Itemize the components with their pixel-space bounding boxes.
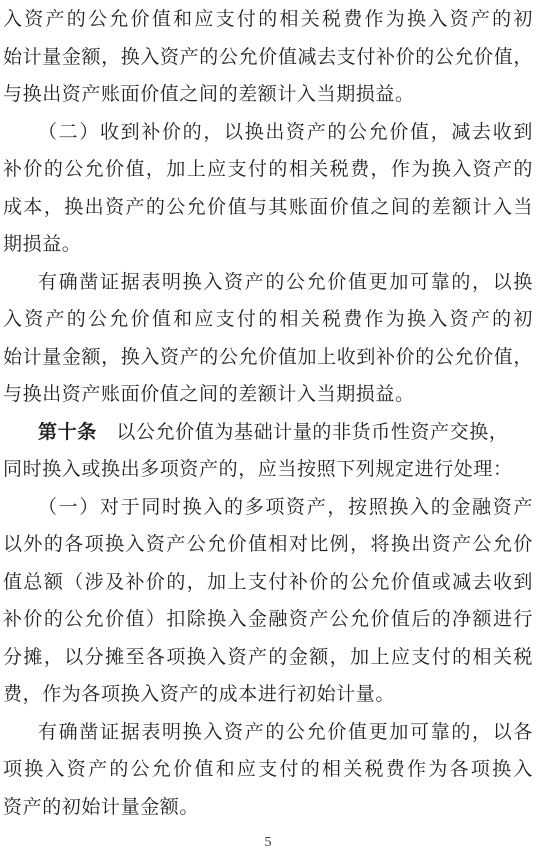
document-page: 入资产的公允价值和应支付的相关税费作为换入资产的初始计量金额，换入资产的公允价值… <box>0 0 550 865</box>
text-line: 始计量金额，换入资产的公允价值减去支付补价的公允价值， <box>3 39 533 77</box>
text-line: 与换出资产账面价值之间的差额计入当期损益。 <box>3 76 533 114</box>
text-line: （二）收到补价的，以换出资产的公允价值，减去收到 <box>3 114 533 152</box>
text-line: 有确凿证据表明换入资产的公允价值更加可靠的，以各 <box>3 714 533 752</box>
text-line: 分摊，以分摊至各项换入资产的金额，加上应支付的相关税 <box>3 639 533 677</box>
text-line: 费，作为各项换入资产的成本进行初始计量。 <box>3 676 533 714</box>
text-line: 成本，换出资产的公允价值与其账面价值之间的差额计入当 <box>3 189 533 227</box>
article-number: 第十条 <box>38 422 97 443</box>
text-line: 入资产的公允价值和应支付的相关税费作为换入资产的初 <box>3 1 533 39</box>
text-line: 补价的公允价值）扣除换入金融资产公允价值后的净额进行 <box>3 601 533 639</box>
text-line: 始计量金额，换入资产的公允价值加上收到补价的公允价值， <box>3 339 533 377</box>
text-line: 项换入资产的公允价值和应支付的相关税费作为各项换入 <box>3 751 533 789</box>
text-line: 第十条 以公允价值为基础计量的非货币性资产交换， <box>3 414 533 452</box>
text-line: 补价的公允价值，加上应支付的相关税费，作为换入资产的 <box>3 151 533 189</box>
text-line: 资产的初始计量金额。 <box>3 789 533 827</box>
text-line: 有确凿证据表明换入资产的公允价值更加可靠的，以换 <box>3 264 533 302</box>
text-line: 与换出资产账面价值之间的差额计入当期损益。 <box>3 376 533 414</box>
text-line: 期损益。 <box>3 226 533 264</box>
text-line: 入资产的公允价值和应支付的相关税费作为换入资产的初 <box>3 301 533 339</box>
text-line: （一）对于同时换入的多项资产，按照换入的金融资产 <box>3 489 533 527</box>
page-number: 5 <box>3 826 533 859</box>
text-line: 以外的各项换入资产公允价值相对比例，将换出资产公允价 <box>3 526 533 564</box>
document-body: 入资产的公允价值和应支付的相关税费作为换入资产的初始计量金额，换入资产的公允价值… <box>0 0 550 826</box>
text-line: 值总额（涉及补价的，加上支付补价的公允价值或减去收到 <box>3 564 533 602</box>
text-line: 同时换入或换出多项资产的，应当按照下列规定进行处理： <box>3 451 533 489</box>
